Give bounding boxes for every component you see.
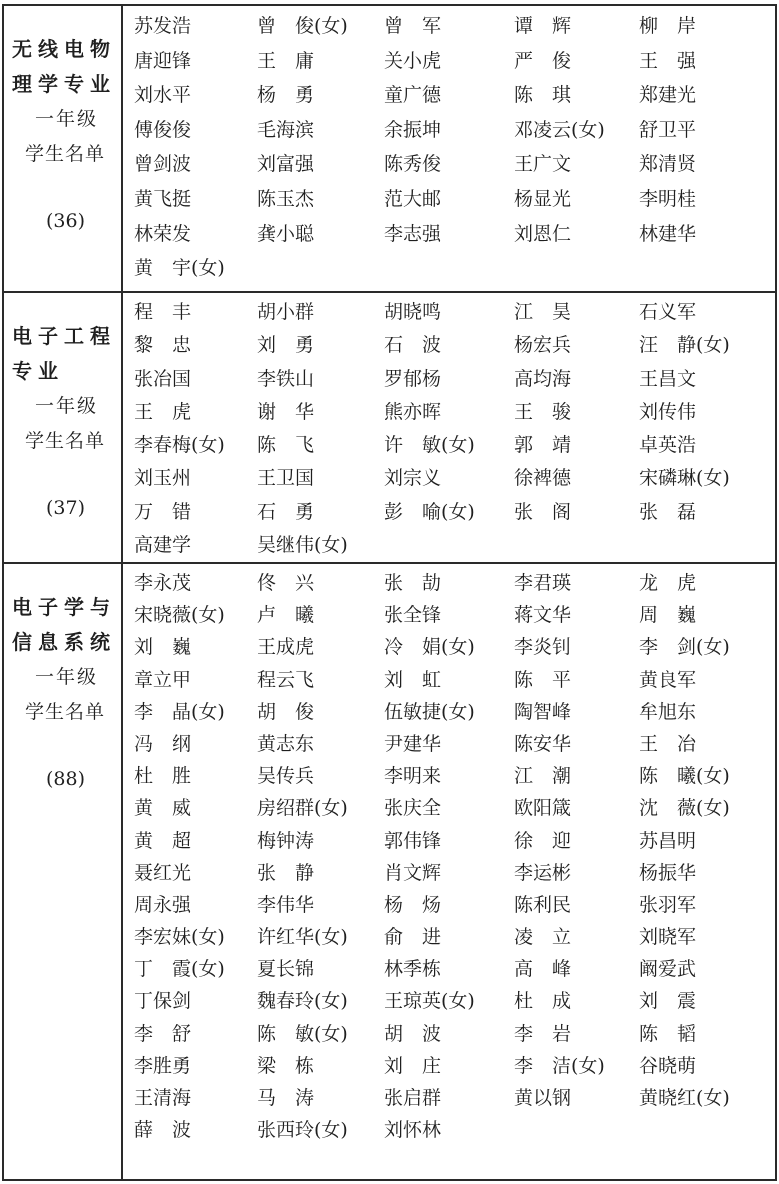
major-title-line: 理学专业 (12, 67, 121, 102)
student-name: 李 岩 (514, 1018, 639, 1050)
student-name: 王成虎 (257, 631, 384, 663)
name-row: 章立甲程云飞刘 虹陈 平黄良军 (134, 664, 775, 696)
student-name: 李伟华 (257, 889, 384, 921)
name-row: 万 错石 勇彭 喻(女)张 阁张 磊 (134, 496, 775, 529)
list-label: 学生名单 (25, 424, 121, 459)
name-row: 程 丰胡小群胡晓鸣江 昊石义军 (134, 296, 775, 329)
student-name: 周永强 (134, 889, 257, 921)
student-name: 刘富强 (257, 147, 384, 182)
student-name: 王琼英(女) (384, 985, 514, 1017)
student-name: 张 磊 (639, 496, 775, 529)
student-name: 李胜勇 (134, 1050, 257, 1082)
student-names-grid: 苏发浩曾 俊(女)曾 军谭 辉柳 岸唐迎锋王 庸关小虎严 俊王 强刘水平杨 勇童… (123, 6, 775, 291)
student-name: 刘宗义 (384, 462, 514, 495)
student-name: 范大邮 (384, 182, 514, 217)
student-name: 佟 兴 (257, 567, 384, 599)
student-name: 胡 俊 (257, 696, 384, 728)
student-roster-table: 无线电物理学专业一年级学生名单(36)苏发浩曾 俊(女)曾 军谭 辉柳 岸唐迎锋… (2, 4, 777, 1181)
student-names-grid: 程 丰胡小群胡晓鸣江 昊石义军黎 忠刘 勇石 波杨宏兵汪 静(女)张冶国李铁山罗… (123, 293, 775, 562)
student-name: 罗郁杨 (384, 363, 514, 396)
student-name: 周 巍 (639, 599, 775, 631)
student-name: 程云飞 (257, 664, 384, 696)
student-name: 张 劼 (384, 567, 514, 599)
student-count: (37) (46, 493, 121, 523)
name-row: 高建学吴继伟(女) (134, 529, 775, 562)
student-name: 李明桂 (639, 182, 775, 217)
student-name: 李君瑛 (514, 567, 639, 599)
student-name: 刘 庄 (384, 1050, 514, 1082)
student-name: 张全锋 (384, 599, 514, 631)
student-name: 苏昌明 (639, 825, 775, 857)
name-row: 李永茂佟 兴张 劼李君瑛龙 虎 (134, 567, 775, 599)
student-name: 严 俊 (514, 44, 639, 79)
student-name: 陈 飞 (257, 429, 384, 462)
student-name: 刘怀林 (384, 1114, 514, 1146)
name-row: 刘 巍王成虎冷 娟(女)李炎钊李 剑(女) (134, 631, 775, 663)
roster-section: 无线电物理学专业一年级学生名单(36)苏发浩曾 俊(女)曾 军谭 辉柳 岸唐迎锋… (4, 6, 775, 293)
roster-section: 电子学与信息系统一年级学生名单(88)李永茂佟 兴张 劼李君瑛龙 虎宋晓薇(女)… (4, 564, 775, 1179)
student-name: 高建学 (134, 529, 257, 562)
student-name: 胡 波 (384, 1018, 514, 1050)
student-name: 杨振华 (639, 857, 775, 889)
student-name: 曾 俊(女) (257, 9, 384, 44)
student-name: 林建华 (639, 217, 775, 252)
student-name: 王清海 (134, 1082, 257, 1114)
student-name: 吴传兵 (257, 760, 384, 792)
student-name: 许 敏(女) (384, 429, 514, 462)
name-row: 聂红光张 静肖文辉李运彬杨振华 (134, 857, 775, 889)
name-row: 黎 忠刘 勇石 波杨宏兵汪 静(女) (134, 329, 775, 362)
student-name: 王 虎 (134, 396, 257, 429)
name-row: 刘水平杨 勇童广德陈 琪郑建光 (134, 78, 775, 113)
student-name: 杨显光 (514, 182, 639, 217)
student-name: 章立甲 (134, 664, 257, 696)
major-title-line: 无线电物 (12, 32, 121, 67)
student-name: 陈 敏(女) (257, 1018, 384, 1050)
name-row: 苏发浩曾 俊(女)曾 军谭 辉柳 岸 (134, 9, 775, 44)
student-name: 彭 喻(女) (384, 496, 514, 529)
name-row: 林荣发龚小聪李志强刘恩仁林建华 (134, 217, 775, 252)
student-name: 曾剑波 (134, 147, 257, 182)
student-name: 薛 波 (134, 1114, 257, 1146)
student-name: 欧阳箴 (514, 792, 639, 824)
student-name: 王 冶 (639, 728, 775, 760)
student-name: 王卫国 (257, 462, 384, 495)
name-row: 王 虎谢 华熊亦晖王 骏刘传伟 (134, 396, 775, 429)
grade-label: 一年级 (35, 389, 121, 424)
student-name: 谷晓萌 (639, 1050, 775, 1082)
student-name: 龚小聪 (257, 217, 384, 252)
name-row: 唐迎锋王 庸关小虎严 俊王 强 (134, 44, 775, 79)
student-name: 黄志东 (257, 728, 384, 760)
name-row: 李胜勇梁 栋刘 庄李 洁(女)谷晓萌 (134, 1050, 775, 1082)
student-name: 熊亦晖 (384, 396, 514, 429)
student-name: 万 错 (134, 496, 257, 529)
student-name: 李 剑(女) (639, 631, 775, 663)
name-row: 曾剑波刘富强陈秀俊王广文郑清贤 (134, 147, 775, 182)
student-name: 刘 虹 (384, 664, 514, 696)
student-name: 刘 巍 (134, 631, 257, 663)
student-name: 刘恩仁 (514, 217, 639, 252)
student-name: 伍敏捷(女) (384, 696, 514, 728)
name-row: 黄 超梅钟涛郭伟锋徐 迎苏昌明 (134, 825, 775, 857)
student-name: 唐迎锋 (134, 44, 257, 79)
student-name: 黄 超 (134, 825, 257, 857)
student-name: 梁 栋 (257, 1050, 384, 1082)
student-name: 郭伟锋 (384, 825, 514, 857)
name-row: 王清海马 涛张启群黄以钢黄晓红(女) (134, 1082, 775, 1114)
student-name: 李志强 (384, 217, 514, 252)
student-name: 张冶国 (134, 363, 257, 396)
student-name: 黄良军 (639, 664, 775, 696)
student-name: 程 丰 (134, 296, 257, 329)
student-name: 邓凌云(女) (514, 113, 639, 148)
list-label: 学生名单 (25, 695, 121, 730)
list-label: 学生名单 (25, 137, 121, 172)
name-row: 张冶国李铁山罗郁杨高均海王昌文 (134, 363, 775, 396)
student-name: 黄晓红(女) (639, 1082, 775, 1114)
student-name: 宋晓薇(女) (134, 599, 257, 631)
student-name: 苏发浩 (134, 9, 257, 44)
student-name: 张 静 (257, 857, 384, 889)
student-name: 魏春玲(女) (257, 985, 384, 1017)
student-name: 高 峰 (514, 953, 639, 985)
student-name: 李春梅(女) (134, 429, 257, 462)
name-row: 李宏妹(女)许红华(女)俞 进凌 立刘晓军 (134, 921, 775, 953)
student-name: 毛海滨 (257, 113, 384, 148)
student-name: 许红华(女) (257, 921, 384, 953)
student-name: 杜 胜 (134, 760, 257, 792)
student-name: 刘玉州 (134, 462, 257, 495)
student-name: 刘水平 (134, 78, 257, 113)
student-name: 刘晓军 (639, 921, 775, 953)
section-header-cell: 电子学与信息系统一年级学生名单(88) (4, 564, 123, 1179)
student-name: 李炎钊 (514, 631, 639, 663)
student-name: 冯 纲 (134, 728, 257, 760)
student-name: 丁 霞(女) (134, 953, 257, 985)
name-row: 黄飞挺陈玉杰范大邮杨显光李明桂 (134, 182, 775, 217)
name-row: 黄 宇(女) (134, 251, 775, 286)
student-name: 傅俊俊 (134, 113, 257, 148)
student-name: 陈玉杰 (257, 182, 384, 217)
student-name: 徐裨德 (514, 462, 639, 495)
section-header-cell: 电子工程专业一年级学生名单(37) (4, 293, 123, 562)
name-row: 李 晶(女)胡 俊伍敏捷(女)陶智峰牟旭东 (134, 696, 775, 728)
student-name: 石义军 (639, 296, 775, 329)
student-name: 黄以钢 (514, 1082, 639, 1114)
student-name: 王 强 (639, 44, 775, 79)
student-name: 王昌文 (639, 363, 775, 396)
student-name: 谢 华 (257, 396, 384, 429)
student-name: 丁保剑 (134, 985, 257, 1017)
student-name: 舒卫平 (639, 113, 775, 148)
student-name: 卓英浩 (639, 429, 775, 462)
student-name: 刘 震 (639, 985, 775, 1017)
student-name: 沈 薇(女) (639, 792, 775, 824)
student-name: 杨 炀 (384, 889, 514, 921)
student-name: 夏长锦 (257, 953, 384, 985)
major-title-line: 信息系统 (12, 625, 121, 660)
student-name: 李永茂 (134, 567, 257, 599)
student-name: 杨宏兵 (514, 329, 639, 362)
major-title-line: 电子学与 (12, 590, 121, 625)
student-name: 陈 曦(女) (639, 760, 775, 792)
student-name: 陈 琪 (514, 78, 639, 113)
student-name: 肖文辉 (384, 857, 514, 889)
name-row: 李 舒陈 敏(女)胡 波李 岩陈 韬 (134, 1018, 775, 1050)
student-count: (36) (46, 206, 121, 236)
student-name: 陶智峰 (514, 696, 639, 728)
student-name: 聂红光 (134, 857, 257, 889)
student-name: 李 舒 (134, 1018, 257, 1050)
student-name: 张 阁 (514, 496, 639, 529)
student-name: 黎 忠 (134, 329, 257, 362)
student-name: 谭 辉 (514, 9, 639, 44)
student-name: 李明来 (384, 760, 514, 792)
student-name: 林季栋 (384, 953, 514, 985)
student-name: 王广文 (514, 147, 639, 182)
student-name: 高均海 (514, 363, 639, 396)
student-name: 江 潮 (514, 760, 639, 792)
name-row: 冯 纲黄志东尹建华陈安华王 冶 (134, 728, 775, 760)
roster-section: 电子工程专业一年级学生名单(37)程 丰胡小群胡晓鸣江 昊石义军黎 忠刘 勇石 … (4, 293, 775, 564)
student-name: 王 庸 (257, 44, 384, 79)
student-name: 凌 立 (514, 921, 639, 953)
student-name: 宋磷琳(女) (639, 462, 775, 495)
student-name: 张西玲(女) (257, 1114, 384, 1146)
student-name: 房绍群(女) (257, 792, 384, 824)
student-name: 李 晶(女) (134, 696, 257, 728)
student-name: 冷 娟(女) (384, 631, 514, 663)
student-name: 刘 勇 (257, 329, 384, 362)
student-name: 柳 岸 (639, 9, 775, 44)
student-names-grid: 李永茂佟 兴张 劼李君瑛龙 虎宋晓薇(女)卢 曦张全锋蒋文华周 巍刘 巍王成虎冷… (123, 564, 775, 1179)
name-row: 宋晓薇(女)卢 曦张全锋蒋文华周 巍 (134, 599, 775, 631)
student-name: 俞 进 (384, 921, 514, 953)
name-row: 杜 胜吴传兵李明来江 潮陈 曦(女) (134, 760, 775, 792)
document-page: 无线电物理学专业一年级学生名单(36)苏发浩曾 俊(女)曾 军谭 辉柳 岸唐迎锋… (0, 0, 779, 1184)
student-name: 李运彬 (514, 857, 639, 889)
name-row: 周永强李伟华杨 炀陈利民张羽军 (134, 889, 775, 921)
section-header-cell: 无线电物理学专业一年级学生名单(36) (4, 6, 123, 291)
student-name: 卢 曦 (257, 599, 384, 631)
student-name: 杜 成 (514, 985, 639, 1017)
student-name: 龙 虎 (639, 567, 775, 599)
student-name: 徐 迎 (514, 825, 639, 857)
student-name: 胡小群 (257, 296, 384, 329)
major-title-line: 电子工程 (12, 319, 121, 354)
student-name: 关小虎 (384, 44, 514, 79)
student-name: 陈 平 (514, 664, 639, 696)
name-row: 刘玉州王卫国刘宗义徐裨德宋磷琳(女) (134, 462, 775, 495)
student-name: 胡晓鸣 (384, 296, 514, 329)
name-row: 黄 威房绍群(女)张庆全欧阳箴沈 薇(女) (134, 792, 775, 824)
student-name: 蒋文华 (514, 599, 639, 631)
student-name: 陈 韬 (639, 1018, 775, 1050)
student-name: 林荣发 (134, 217, 257, 252)
student-name: 黄飞挺 (134, 182, 257, 217)
student-name: 张羽军 (639, 889, 775, 921)
student-name: 童广德 (384, 78, 514, 113)
student-name: 李铁山 (257, 363, 384, 396)
student-name: 石 勇 (257, 496, 384, 529)
student-name: 尹建华 (384, 728, 514, 760)
name-row: 李春梅(女)陈 飞许 敏(女)郭 靖卓英浩 (134, 429, 775, 462)
student-name: 余振坤 (384, 113, 514, 148)
name-row: 丁 霞(女)夏长锦林季栋高 峰阚爱武 (134, 953, 775, 985)
student-name: 石 波 (384, 329, 514, 362)
student-name: 王 骏 (514, 396, 639, 429)
student-name: 梅钟涛 (257, 825, 384, 857)
student-name: 陈利民 (514, 889, 639, 921)
student-name: 郑清贤 (639, 147, 775, 182)
student-name: 李 洁(女) (514, 1050, 639, 1082)
student-name: 刘传伟 (639, 396, 775, 429)
name-row: 薛 波张西玲(女)刘怀林 (134, 1114, 775, 1146)
student-name: 杨 勇 (257, 78, 384, 113)
student-name: 吴继伟(女) (257, 529, 384, 562)
student-name: 陈秀俊 (384, 147, 514, 182)
student-name: 陈安华 (514, 728, 639, 760)
name-row: 丁保剑魏春玲(女)王琼英(女)杜 成刘 震 (134, 985, 775, 1017)
major-title-line: 专业 (12, 354, 121, 389)
student-name: 阚爱武 (639, 953, 775, 985)
student-name: 黄 宇(女) (134, 251, 257, 286)
student-name: 汪 静(女) (639, 329, 775, 362)
name-row: 傅俊俊毛海滨余振坤邓凌云(女)舒卫平 (134, 113, 775, 148)
student-name: 江 昊 (514, 296, 639, 329)
student-name: 马 涛 (257, 1082, 384, 1114)
grade-label: 一年级 (35, 102, 121, 137)
student-name: 张庆全 (384, 792, 514, 824)
student-name: 黄 威 (134, 792, 257, 824)
grade-label: 一年级 (35, 660, 121, 695)
student-name: 曾 军 (384, 9, 514, 44)
student-name: 郭 靖 (514, 429, 639, 462)
student-name: 郑建光 (639, 78, 775, 113)
student-count: (88) (46, 764, 121, 794)
student-name: 牟旭东 (639, 696, 775, 728)
student-name: 李宏妹(女) (134, 921, 257, 953)
student-name: 张启群 (384, 1082, 514, 1114)
